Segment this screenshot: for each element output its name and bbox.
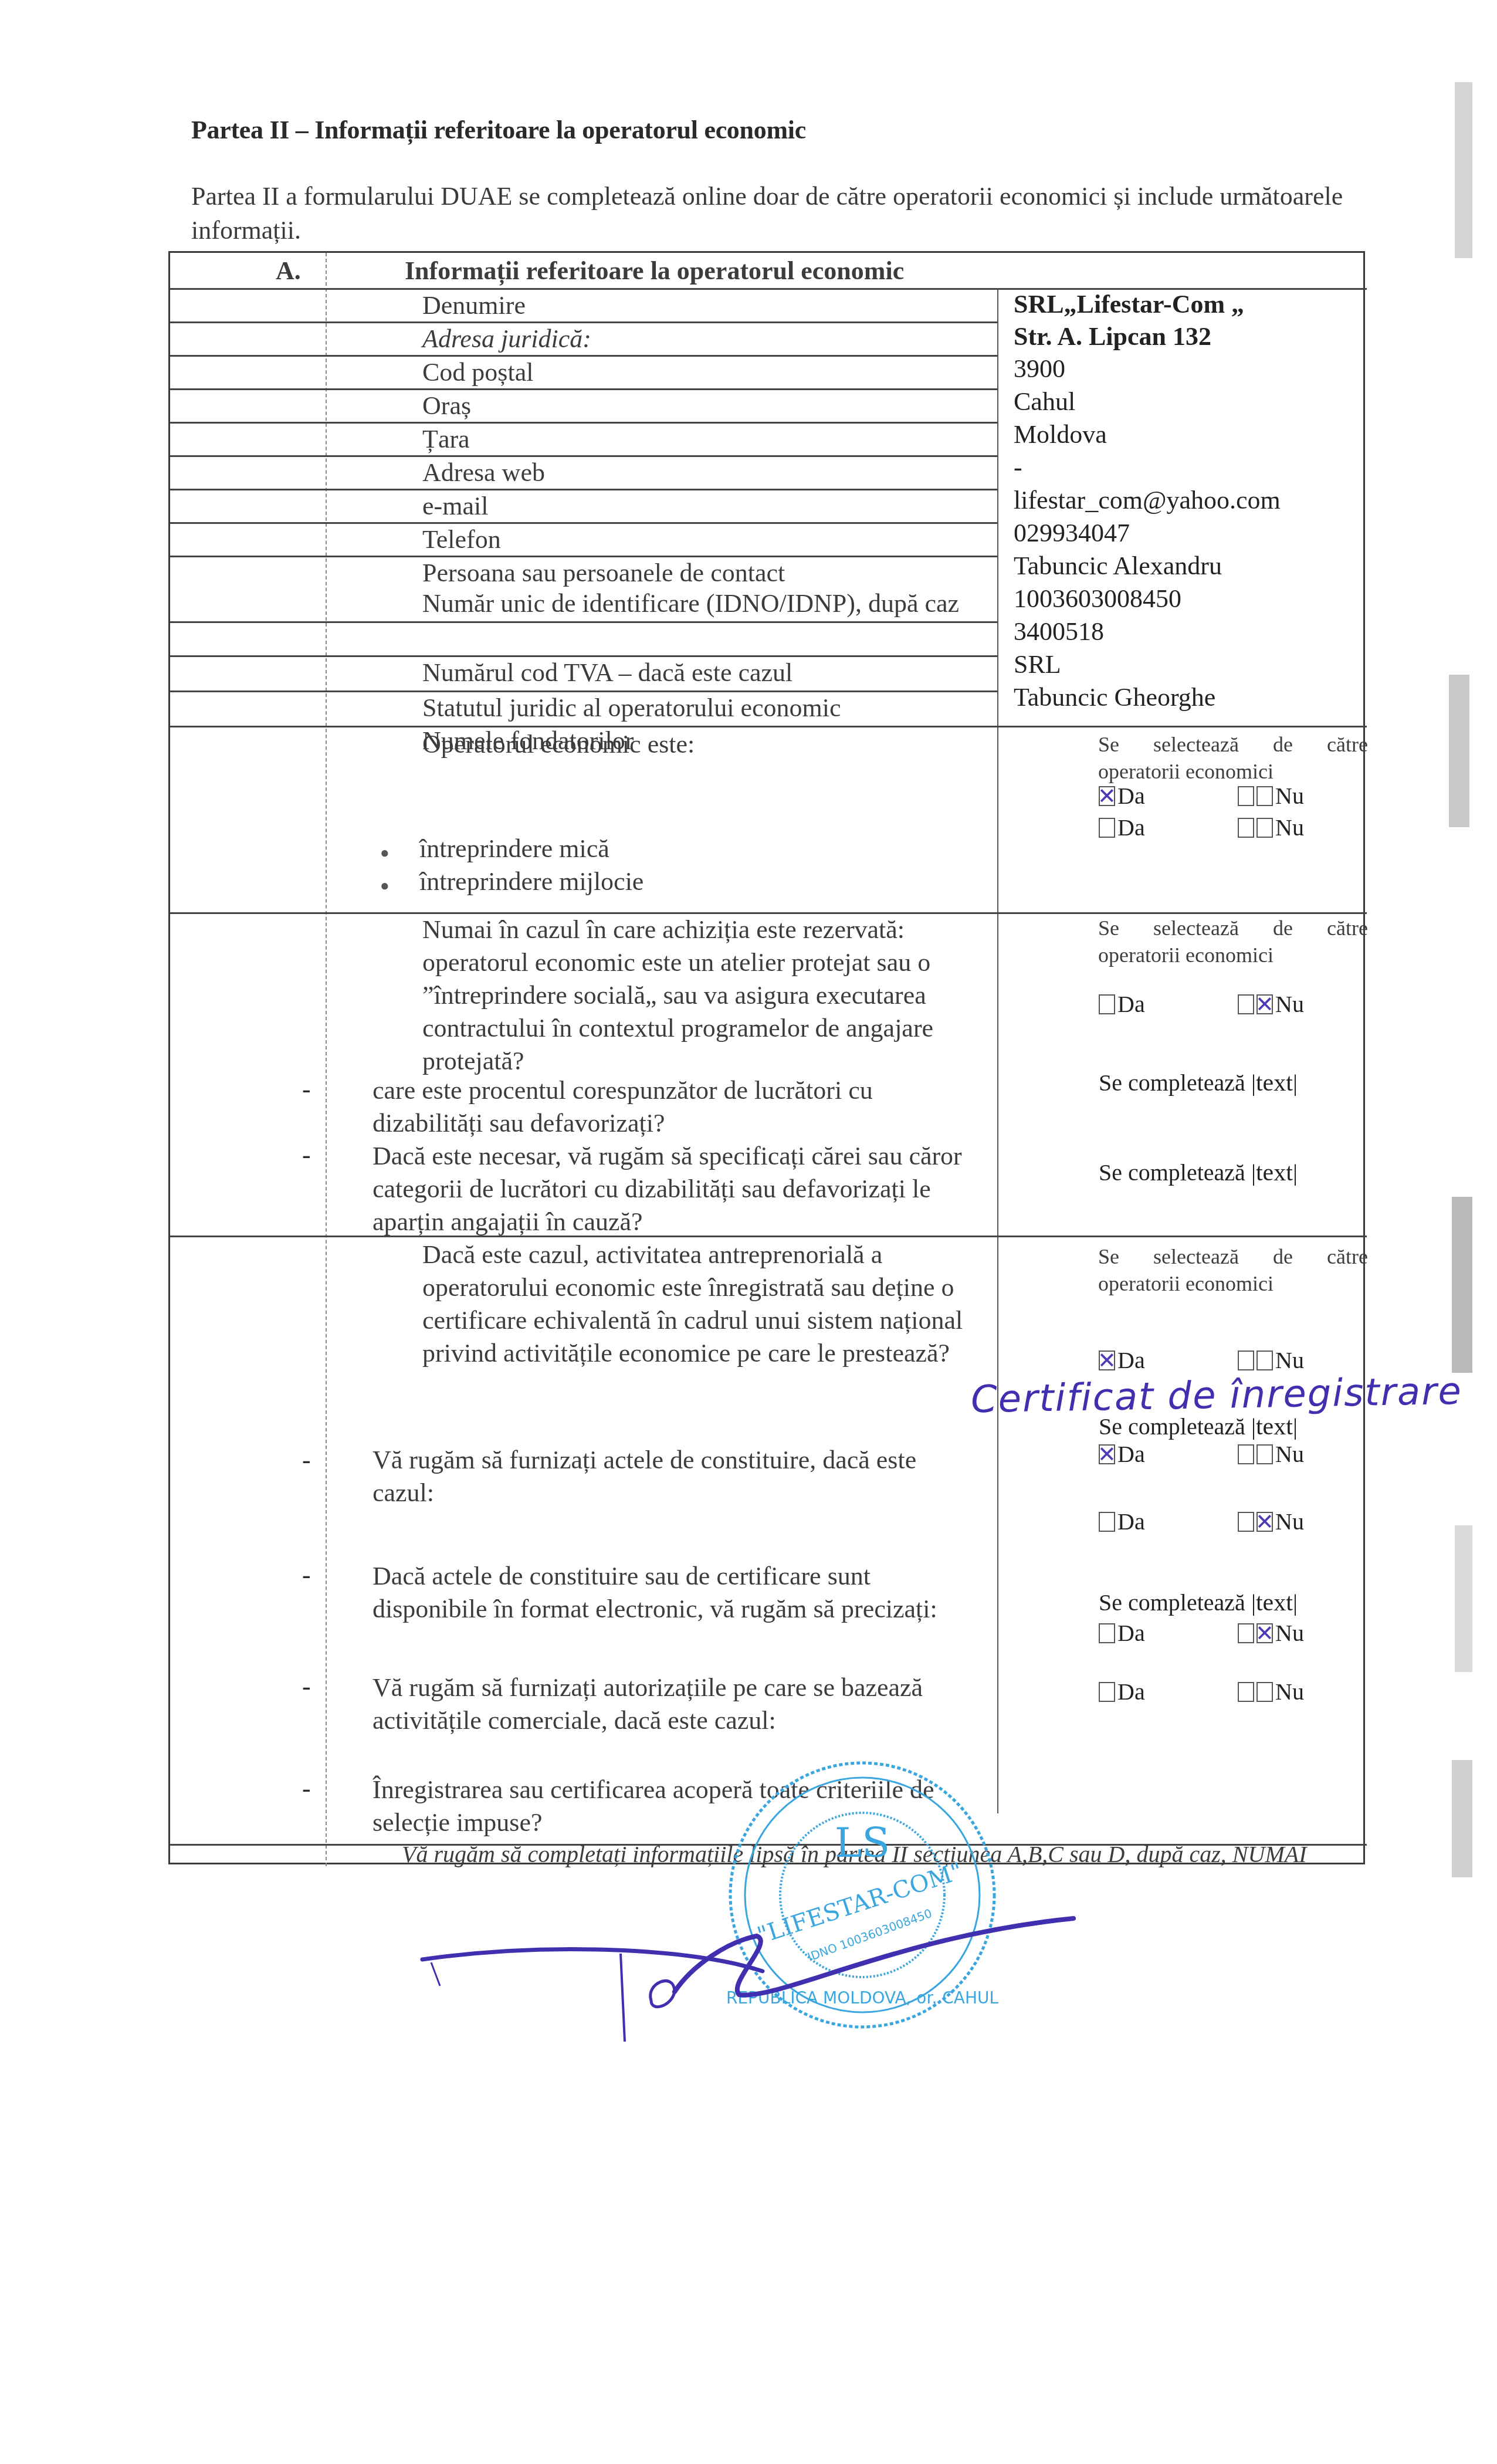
field-value-phone: 029934047 (1014, 518, 1130, 549)
authorizations-da[interactable]: Da (1099, 1620, 1145, 1647)
bullet-icon: ● (380, 877, 390, 895)
authorizations-question: Vă rugăm să furnizați autorizațiile pe c… (372, 1671, 959, 1737)
checkbox-checked[interactable] (1099, 786, 1115, 806)
medium-enterprise-da[interactable]: Da (1099, 814, 1145, 841)
field-value-city: Cahul (1014, 387, 1075, 417)
small-enterprise-da[interactable]: Da (1099, 783, 1145, 810)
field-value-founders: Tabuncic Gheorghe (1014, 682, 1215, 713)
percentage-fill[interactable]: Se completează |text| (1099, 1069, 1298, 1096)
checkbox[interactable] (1238, 1351, 1254, 1370)
operator-type-question: Operatorul economic este: (422, 729, 695, 760)
medium-enterprise-nu[interactable]: Nu (1238, 814, 1304, 841)
reserved-sub-percentage: care este procentul corespunzător de luc… (372, 1074, 983, 1140)
small-enterprise-nu[interactable]: Nu (1238, 783, 1304, 810)
registration-da[interactable]: Da (1099, 1347, 1145, 1374)
checkbox[interactable] (1238, 1682, 1254, 1702)
field-label-country: Țara (422, 424, 470, 455)
dash-marker: - (302, 1140, 311, 1170)
electronic-format-fill[interactable]: Se completează |text| (1099, 1589, 1298, 1616)
bullet-icon: ● (380, 844, 390, 862)
field-value-web: - (1014, 452, 1022, 483)
checkbox[interactable] (1099, 994, 1115, 1014)
checkbox-checked[interactable] (1256, 1512, 1273, 1532)
reserved-sub-categories: Dacă este necesar, vă rugăm să specifica… (372, 1140, 983, 1238)
dash-marker: - (302, 1445, 311, 1475)
checkbox[interactable] (1099, 1682, 1115, 1702)
field-label-contact: Persoana sau persoanele de contact (422, 558, 785, 588)
field-label-web: Adresa web (422, 458, 545, 488)
scan-shadow-edge (1420, 0, 1497, 2464)
stamp-monogram: LS (835, 1819, 890, 1867)
checkbox[interactable] (1238, 1512, 1254, 1532)
reserved-nu[interactable]: Nu (1238, 991, 1304, 1018)
operator-info-table: A. Informații referitoare la operatorul … (168, 251, 1365, 1864)
section-title: Informații referitoare la operatorul eco… (405, 256, 904, 286)
field-label-vat: Numărul cod TVA – dacă este cazul (422, 658, 792, 688)
dash-marker: - (302, 1074, 311, 1104)
checkbox[interactable] (1256, 818, 1273, 838)
checkbox[interactable] (1238, 786, 1254, 806)
option-medium-enterprise: întreprindere mijlocie (419, 867, 643, 897)
checkbox-checked[interactable] (1256, 994, 1273, 1014)
checkbox[interactable] (1099, 818, 1115, 838)
field-value-legal-status: SRL (1014, 649, 1061, 680)
checkbox-checked[interactable] (1256, 1623, 1273, 1643)
selection-criteria-da[interactable]: Da (1099, 1678, 1145, 1705)
section-letter: A. (276, 256, 301, 286)
column-divider (326, 253, 327, 1866)
authorizations-nu[interactable]: Nu (1238, 1620, 1304, 1647)
page-heading: Partea II – Informații referitoare la op… (191, 115, 806, 145)
select-note: Se selectează de către operatorii econom… (1098, 1243, 1368, 1297)
select-note: Se selectează de către operatorii econom… (1098, 915, 1368, 969)
categories-fill[interactable]: Se completează |text| (1099, 1159, 1298, 1186)
field-label-email: e-mail (422, 491, 488, 522)
select-note: Se selectează de către operatorii econom… (1098, 731, 1368, 785)
dash-marker: - (302, 1560, 311, 1590)
constitution-acts-nu[interactable]: Nu (1238, 1441, 1304, 1468)
field-value-country: Moldova (1014, 419, 1107, 450)
checkbox[interactable] (1256, 1682, 1273, 1702)
constitution-acts-question: Vă rugăm să furnizați actele de constitu… (372, 1444, 959, 1509)
field-label-phone: Telefon (422, 524, 501, 555)
checkbox[interactable] (1238, 818, 1254, 838)
checkbox[interactable] (1238, 994, 1254, 1014)
checkbox-checked[interactable] (1099, 1351, 1115, 1370)
electronic-format-question: Dacă actele de constituire sau de certif… (372, 1560, 959, 1626)
checkbox[interactable] (1099, 1623, 1115, 1643)
field-value-legal-address: Str. A. Lipcan 132 (1014, 321, 1211, 352)
field-value-email: lifestar_com@yahoo.com (1014, 485, 1281, 516)
field-value-postal-code: 3900 (1014, 354, 1065, 384)
registration-nu[interactable]: Nu (1238, 1347, 1304, 1374)
checkbox[interactable] (1256, 1351, 1273, 1370)
checkbox[interactable] (1256, 1444, 1273, 1464)
field-label-city: Oraș (422, 391, 471, 421)
field-label-name: Denumire (422, 290, 526, 321)
selection-criteria-nu[interactable]: Nu (1238, 1678, 1304, 1705)
checkbox[interactable] (1256, 786, 1273, 806)
reserved-da[interactable]: Da (1099, 991, 1145, 1018)
signature (399, 1866, 1103, 2059)
field-value-idno: 1003603008450 (1014, 584, 1181, 614)
handwritten-annotation: Certificat de înregistrare (970, 1370, 1462, 1422)
dash-marker: - (302, 1773, 311, 1803)
field-value-vat: 3400518 (1014, 617, 1104, 647)
option-small-enterprise: întreprindere mică (419, 834, 609, 864)
constitution-acts-da[interactable]: Da (1099, 1441, 1145, 1468)
field-label-legal-address: Adresa juridică: (422, 324, 591, 354)
checkbox[interactable] (1238, 1444, 1254, 1464)
field-value-name: SRL„Lifestar-Com „ (1014, 289, 1244, 320)
checkbox-checked[interactable] (1099, 1444, 1115, 1464)
checkbox[interactable] (1238, 1623, 1254, 1643)
dash-marker: - (302, 1671, 311, 1701)
electronic-format-nu[interactable]: Nu (1238, 1508, 1304, 1535)
field-label-idno: Număr unic de identificare (IDNO/IDNP), … (422, 587, 985, 620)
column-divider (997, 288, 998, 1813)
checkbox[interactable] (1099, 1512, 1115, 1532)
field-label-postal-code: Cod poștal (422, 357, 533, 388)
intro-paragraph: Partea II a formularului DUAE se complet… (191, 180, 1376, 248)
reserved-question: Numai în cazul în care achiziția este re… (422, 913, 997, 1078)
registration-question: Dacă este cazul, activitatea antreprenor… (422, 1238, 1003, 1370)
field-label-legal-status: Statutul juridic al operatorului economi… (422, 693, 841, 723)
electronic-format-da[interactable]: Da (1099, 1508, 1145, 1535)
field-value-contact: Tabuncic Alexandru (1014, 551, 1222, 581)
